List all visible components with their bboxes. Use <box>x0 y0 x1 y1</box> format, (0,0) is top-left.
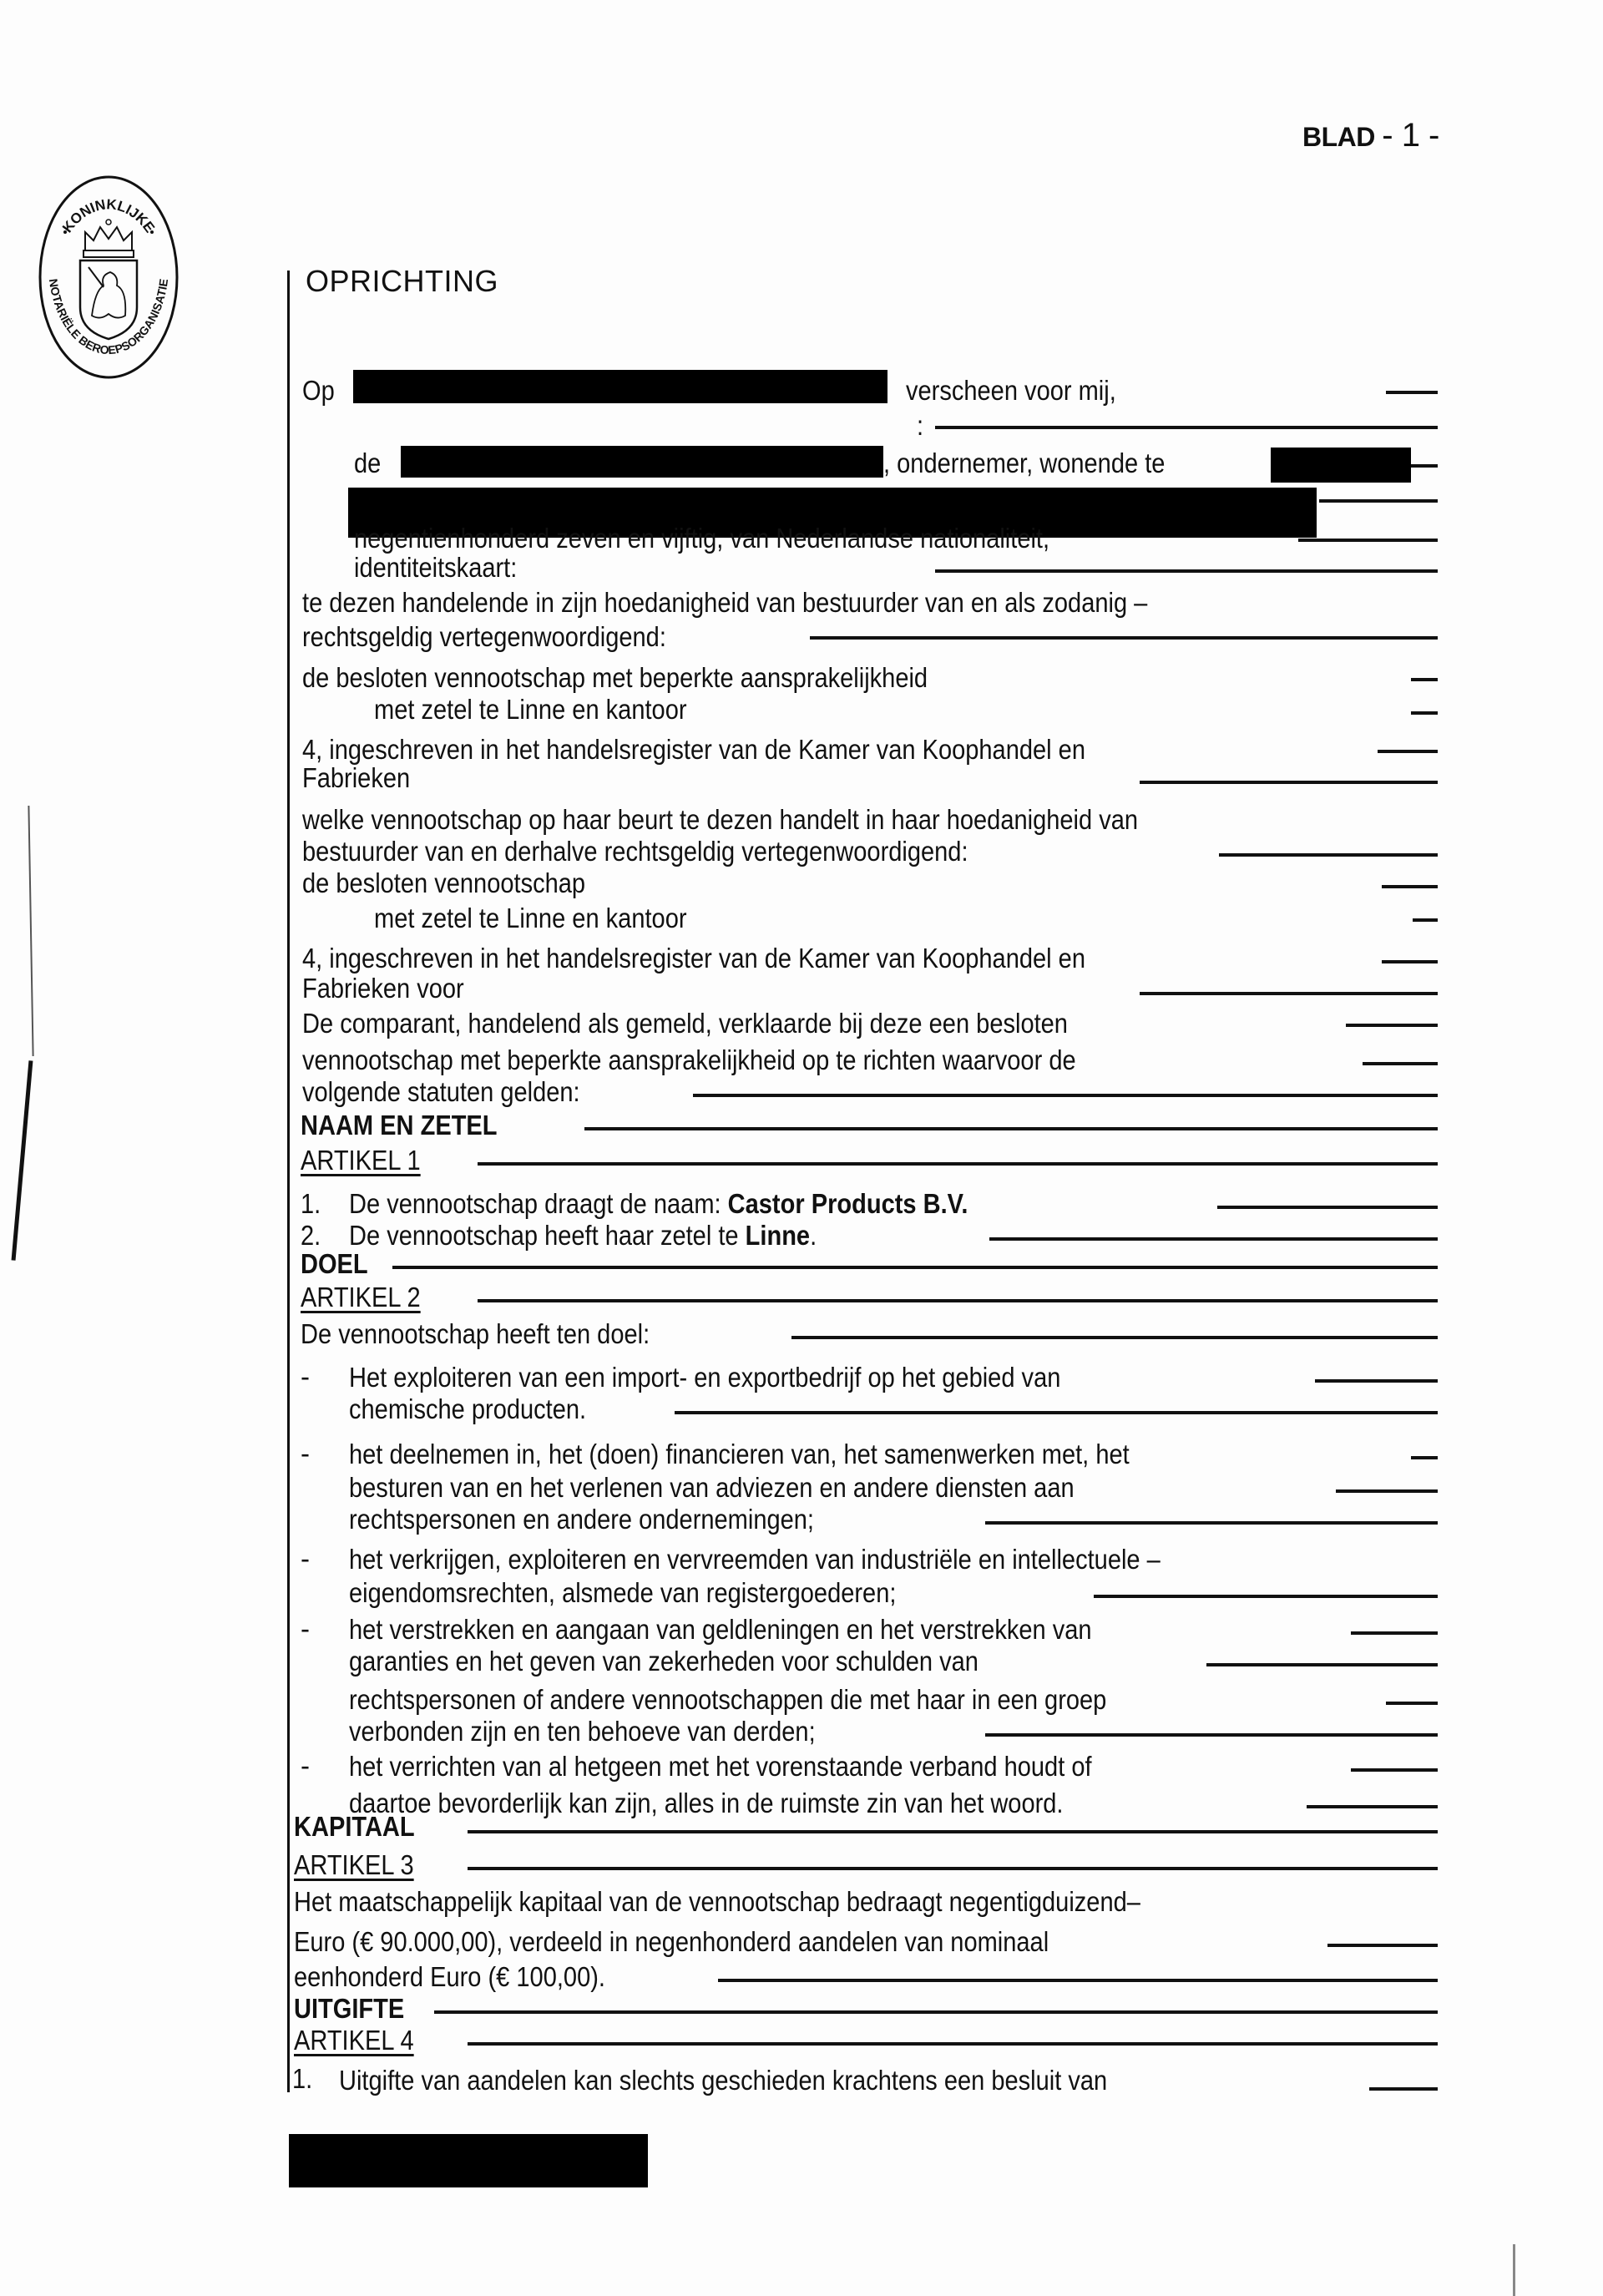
intro-line-18: Fabrieken voor <box>302 972 486 1005</box>
notary-seal-icon: KONINKLIJKE NOTARIËLE BEROEPSORGANISATIE <box>37 174 180 381</box>
article-2-intro: De vennootschap heeft ten doel: <box>301 1317 697 1351</box>
list-item-cont: garanties en het geven van zekerheden vo… <box>349 1645 1064 1678</box>
list-bullet: - <box>301 1750 310 1782</box>
list-item: het verrichten van al hetgeen met het vo… <box>349 1750 1193 1783</box>
redaction-bar <box>1271 448 1411 483</box>
filler-dash <box>1363 1062 1438 1065</box>
article-3-line-3: eenhonderd Euro (€ 100,00). <box>294 1960 648 1994</box>
filler-dash <box>1219 853 1438 857</box>
intro-line-3: de <box>354 447 385 480</box>
section-heading-kapitaal: KAPITAAL <box>294 1810 431 1843</box>
intro-line-14: bestuurder van en derhalve rechtsgeldig … <box>302 835 1059 868</box>
filler-dash <box>935 426 1438 429</box>
filler-dash <box>1327 1944 1438 1947</box>
filler-dash <box>1386 1702 1438 1705</box>
document-title: OPRICHTING <box>306 264 498 299</box>
svg-text:NOTARIËLE BEROEPSORGANISATIE: NOTARIËLE BEROEPSORGANISATIE <box>47 278 170 357</box>
intro-line-5: negentienhonderd zeven en vijftig, van N… <box>354 522 1145 555</box>
article-heading-4: ARTIKEL 4 <box>294 2024 430 2057</box>
filler-dash <box>1411 678 1438 681</box>
filler-dash <box>985 1733 1438 1737</box>
filler-dash <box>935 569 1438 573</box>
list-bullet: - <box>301 1543 310 1575</box>
list-item-cont: chemische producten. <box>349 1393 619 1426</box>
list-item: het verstrekken en aangaan van geldlenin… <box>349 1613 1193 1646</box>
redaction-bar <box>353 370 887 403</box>
list-bullet: - <box>301 1438 310 1469</box>
intro-line-6: identiteitskaart: <box>354 551 539 584</box>
article-3-line-1: Het maatschappelijk kapitaal van de venn… <box>294 1885 1256 1919</box>
intro-line-8: rechtsgeldig vertegenwoordigend: <box>302 620 716 654</box>
margin-rule <box>287 271 290 2092</box>
filler-dash <box>1386 391 1438 394</box>
intro-line-12: Fabrieken <box>302 761 425 795</box>
filler-dash <box>1378 750 1438 753</box>
filler-dash <box>468 2042 1438 2046</box>
filler-dash <box>1298 539 1438 542</box>
intro-line-13: welke vennootschap op haar beurt te deze… <box>302 803 1252 837</box>
filler-dash <box>675 1411 1438 1414</box>
filler-dash <box>1346 1024 1438 1027</box>
article-4-item-1-num: 1. <box>292 2062 316 2096</box>
filler-dash <box>1094 1595 1438 1598</box>
filler-dash <box>985 1521 1438 1525</box>
intro-line-10: met zetel te Linne en kantoor <box>374 693 730 726</box>
filler-dash <box>584 1127 1438 1130</box>
intro-line-21: volgende statuten gelden: <box>302 1075 618 1109</box>
intro-line-15: de besloten vennootschap <box>302 867 624 900</box>
filler-dash <box>1319 499 1438 503</box>
article-1-item-1: De vennootschap draagt de naam: Castor P… <box>349 1187 1053 1221</box>
article-3-line-2: Euro (€ 90.000,00), verdeeld in negenhon… <box>294 1925 1151 1959</box>
intro-line-20: vennootschap met beperkte aansprakelijkh… <box>302 1044 1181 1077</box>
article-heading-2: ARTIKEL 2 <box>301 1281 437 1314</box>
filler-dash <box>1369 2087 1438 2091</box>
company-seat: Linne <box>746 1220 810 1251</box>
filler-dash <box>478 1299 1438 1302</box>
section-heading-naam-zetel: NAAM EN ZETEL <box>301 1109 524 1142</box>
list-item-cont: verbonden zijn en ten behoeve van derden… <box>349 1715 879 1748</box>
intro-line-7: te dezen handelende in zijn hoedanigheid… <box>302 586 1262 620</box>
intro-line-19: De comparant, handelend als gemeld, verk… <box>302 1007 1172 1040</box>
filler-dash <box>718 1979 1438 1982</box>
filler-dash <box>791 1336 1438 1339</box>
filler-dash <box>810 636 1438 640</box>
list-bullet: - <box>301 1613 310 1645</box>
filler-dash <box>1411 1456 1438 1459</box>
filler-dash <box>1217 1206 1438 1209</box>
redaction-bar <box>401 446 883 478</box>
article-1-item-2: De vennootschap heeft haar zetel te Linn… <box>349 1219 881 1252</box>
article-heading-3: ARTIKEL 3 <box>294 1848 430 1882</box>
filler-dash <box>1382 960 1438 963</box>
filler-dash <box>1351 1768 1438 1772</box>
list-item: het verkrijgen, exploiteren en vervreemd… <box>349 1543 1271 1576</box>
filler-dash <box>1411 464 1438 468</box>
filler-dash <box>1315 1379 1438 1383</box>
article-1-item-1-num: 1. <box>301 1187 324 1221</box>
list-item: het deelnemen in, het (doen) financieren… <box>349 1438 1236 1471</box>
article-heading-1: ARTIKEL 1 <box>301 1144 437 1177</box>
scan-mark <box>1513 2244 1515 2296</box>
intro-line-17: 4, ingeschreven in het handelsregister v… <box>302 942 1192 975</box>
svg-text:KONINKLIJKE: KONINKLIJKE <box>59 196 158 235</box>
filler-dash <box>1206 1663 1438 1666</box>
section-heading-doel: DOEL <box>301 1247 377 1281</box>
list-item-cont: besturen van en het verlenen van advieze… <box>349 1471 1173 1505</box>
scan-mark <box>12 1060 33 1261</box>
redaction-bar <box>289 2134 648 2187</box>
filler-dash <box>434 2010 1438 2014</box>
intro-line-3-suffix: , ondernemer, wonende te <box>883 447 1203 480</box>
filler-dash <box>1307 1805 1438 1808</box>
filler-dash <box>392 1266 1438 1269</box>
filler-dash <box>693 1094 1438 1097</box>
intro-line-16: met zetel te Linne en kantoor <box>374 902 730 935</box>
page-label: BLAD <box>1302 122 1375 152</box>
article-4-item-1: Uitgifte van aandelen kan slechts geschi… <box>339 2064 1212 2097</box>
filler-dash <box>1413 918 1438 922</box>
list-item-cont: rechtspersonen of andere vennootschappen… <box>349 1683 1210 1717</box>
list-bullet: - <box>301 1361 310 1393</box>
page-number: - 1 - <box>1382 117 1439 154</box>
list-item: Het exploiteren van een import- en expor… <box>349 1361 1158 1394</box>
list-item-cont: daartoe bevorderlijk kan zijn, alles in … <box>349 1787 1161 1820</box>
filler-dash <box>1351 1631 1438 1635</box>
filler-dash <box>468 1830 1438 1833</box>
filler-dash <box>1411 711 1438 715</box>
filler-dash <box>989 1237 1438 1241</box>
intro-line-11: 4, ingeschreven in het handelsregister v… <box>302 733 1192 766</box>
list-item-cont: rechtspersonen en andere ondernemingen; <box>349 1503 877 1536</box>
intro-line-2: : <box>917 409 924 443</box>
intro-line-9: de besloten vennootschap met beperkte aa… <box>302 661 1013 695</box>
filler-dash <box>1336 1489 1438 1493</box>
section-heading-uitgifte: UITGIFTE <box>294 1992 419 2025</box>
intro-line-1-suffix: verscheen voor mij, <box>906 374 1145 407</box>
filler-dash <box>1140 781 1438 784</box>
company-name: Castor Products B.V. <box>728 1188 968 1219</box>
filler-dash <box>478 1162 1438 1166</box>
scan-mark <box>28 806 33 1056</box>
list-item-cont: eigendomsrechten, alsmede van registergo… <box>349 1576 971 1610</box>
filler-dash <box>1140 992 1438 995</box>
page-number-header: BLAD - 1 - <box>1302 117 1439 154</box>
intro-line-1: Op <box>302 374 339 407</box>
filler-dash <box>468 1867 1438 1870</box>
document-page: BLAD - 1 - KONINKLIJKE NOTARIËLE BEROEPS… <box>0 0 1603 2296</box>
filler-dash <box>1382 885 1438 888</box>
